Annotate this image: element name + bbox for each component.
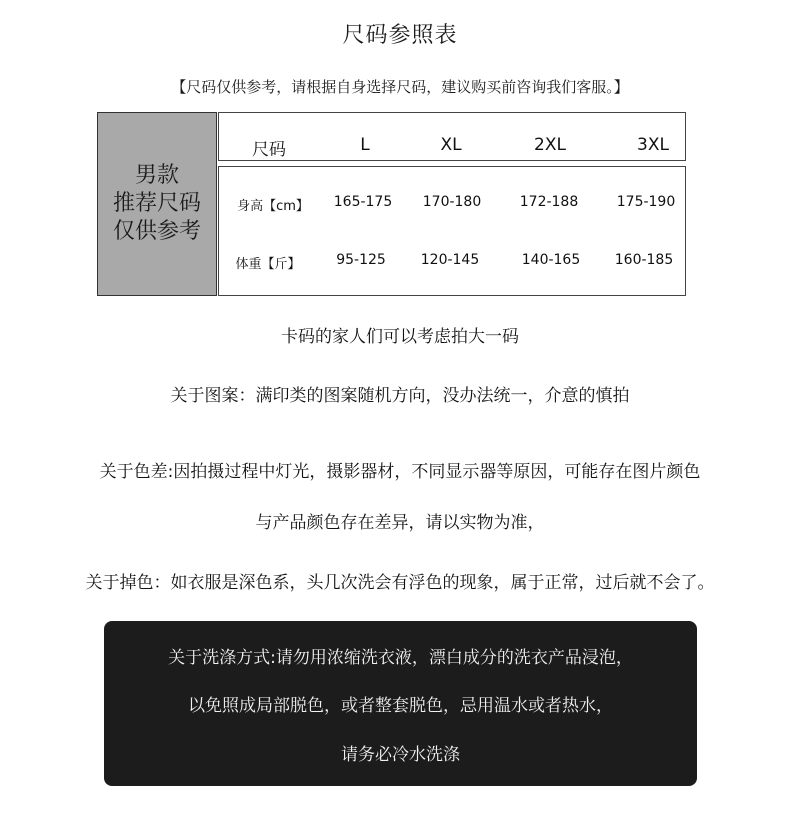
side-label-line: 男款 [135, 162, 179, 190]
washing-line-1: 关于洗涤方式:请勿用浓缩洗衣液，漂白成分的洗衣产品浸泡， [104, 643, 697, 668]
color-diff-note-1: 关于色差:因拍摄过程中灯光，摄影器材，不同显示器等原因，可能存在图片颜色 [0, 457, 800, 482]
table-cell: 175-190 [617, 194, 676, 210]
pattern-note: 关于图案：满印类的图案随机方向，没办法统一，介意的慎拍 [0, 381, 800, 406]
row-label-weight: 体重【斤】 [235, 253, 300, 272]
table-cell: 95-125 [336, 252, 386, 268]
color-diff-note-2: 与产品颜色存在差异，请以实物为准， [0, 508, 800, 533]
table-cell: 165-175 [334, 194, 393, 210]
size-table-header: 尺码 L XL 2XL 3XL [218, 112, 686, 161]
size-table-body: 身高【cm】 165-175 170-180 172-188 175-190 体… [218, 166, 686, 296]
size-notice: 【尺码仅供参考，请根据自身选择尺码，建议购买前咨询我们客服。】 [0, 76, 800, 97]
size-table-side-label: 男款 推荐尺码 仅供参考 [97, 112, 217, 296]
fading-note: 关于掉色：如衣服是深色系，头几次洗会有浮色的现象，属于正常，过后就不会了。 [0, 568, 800, 593]
table-cell: 170-180 [423, 194, 482, 210]
table-cell: 160-185 [615, 252, 674, 268]
washing-instructions-panel: 关于洗涤方式:请勿用浓缩洗衣液，漂白成分的洗衣产品浸泡， 以免照成局部脱色，或者… [104, 621, 697, 786]
washing-line-3: 请务必冷水洗涤 [104, 740, 697, 765]
header-cell-2xl: 2XL [534, 135, 566, 155]
side-label-line: 推荐尺码 [113, 190, 201, 218]
header-cell-size: 尺码 [252, 135, 286, 160]
row-label-height: 身高【cm】 [237, 195, 309, 214]
page-title: 尺码参照表 [0, 18, 800, 49]
washing-line-2: 以免照成局部脱色，或者整套脱色，忌用温水或者热水， [104, 691, 697, 716]
header-cell-3xl: 3XL [637, 135, 669, 155]
table-cell: 120-145 [421, 252, 480, 268]
header-cell-l: L [360, 135, 369, 155]
header-cell-xl: XL [440, 135, 461, 155]
table-cell: 172-188 [520, 194, 579, 210]
size-tip: 卡码的家人们可以考虑拍大一码 [0, 322, 800, 347]
side-label-line: 仅供参考 [113, 218, 201, 246]
table-cell: 140-165 [522, 252, 581, 268]
